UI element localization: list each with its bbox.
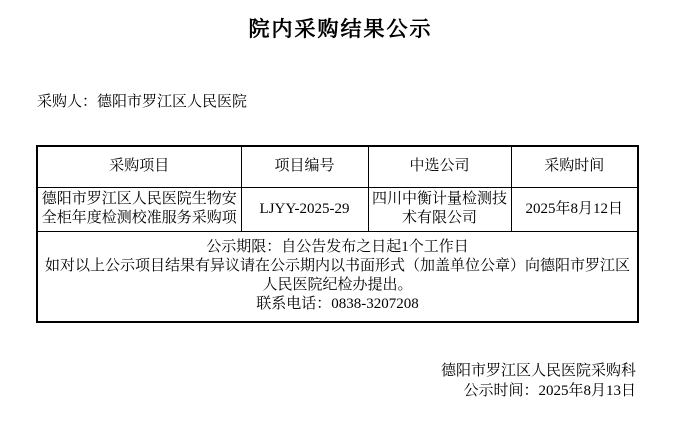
table-notes-row: 公示期限：自公告发布之日起1个工作日 如对以上公示项目结果有异议请在公示期内以书… [37, 231, 638, 322]
notes-objection-instructions: 如对以上公示项目结果有异议请在公示期内以书面形式（加盖单位公章）向德阳市罗江区人… [41, 257, 634, 295]
notes-publicity-period: 公示期限：自公告发布之日起1个工作日 [41, 238, 634, 257]
cell-project: 德阳市罗江区人民医院生物安全柜年度检测校准服务采购项 [37, 187, 241, 231]
purchaser-line: 采购人：德阳市罗江区人民医院 [37, 90, 247, 111]
cell-project-no: LJYY-2025-29 [241, 187, 368, 231]
header-purchase-date: 采购时间 [511, 146, 638, 187]
purchaser-label: 采购人： [37, 94, 97, 110]
announcement-page: 院内采购结果公示 采购人：德阳市罗江区人民医院 采购项目 项目编号 中选公司 采… [0, 0, 681, 442]
signature-publish-time: 公示时间：2025年8月13日 [441, 381, 636, 401]
page-title: 院内采购结果公示 [0, 13, 681, 43]
table-row: 德阳市罗江区人民医院生物安全柜年度检测校准服务采购项 LJYY-2025-29 … [37, 187, 638, 231]
procurement-result-table: 采购项目 项目编号 中选公司 采购时间 德阳市罗江区人民医院生物安全柜年度检测校… [36, 145, 639, 323]
purchaser-value: 德阳市罗江区人民医院 [97, 94, 247, 110]
cell-winner: 四川中衡计量检测技术有限公司 [368, 187, 511, 231]
header-project: 采购项目 [37, 146, 241, 187]
cell-purchase-date: 2025年8月12日 [511, 187, 638, 231]
notes-contact-phone: 联系电话：0838-3207208 [41, 295, 634, 314]
table-header-row: 采购项目 项目编号 中选公司 采购时间 [37, 146, 638, 187]
header-winner: 中选公司 [368, 146, 511, 187]
header-project-no: 项目编号 [241, 146, 368, 187]
signature-block: 德阳市罗江区人民医院采购科 公示时间：2025年8月13日 [441, 361, 636, 401]
notes-cell: 公示期限：自公告发布之日起1个工作日 如对以上公示项目结果有异议请在公示期内以书… [37, 231, 638, 322]
signature-department: 德阳市罗江区人民医院采购科 [441, 361, 636, 381]
